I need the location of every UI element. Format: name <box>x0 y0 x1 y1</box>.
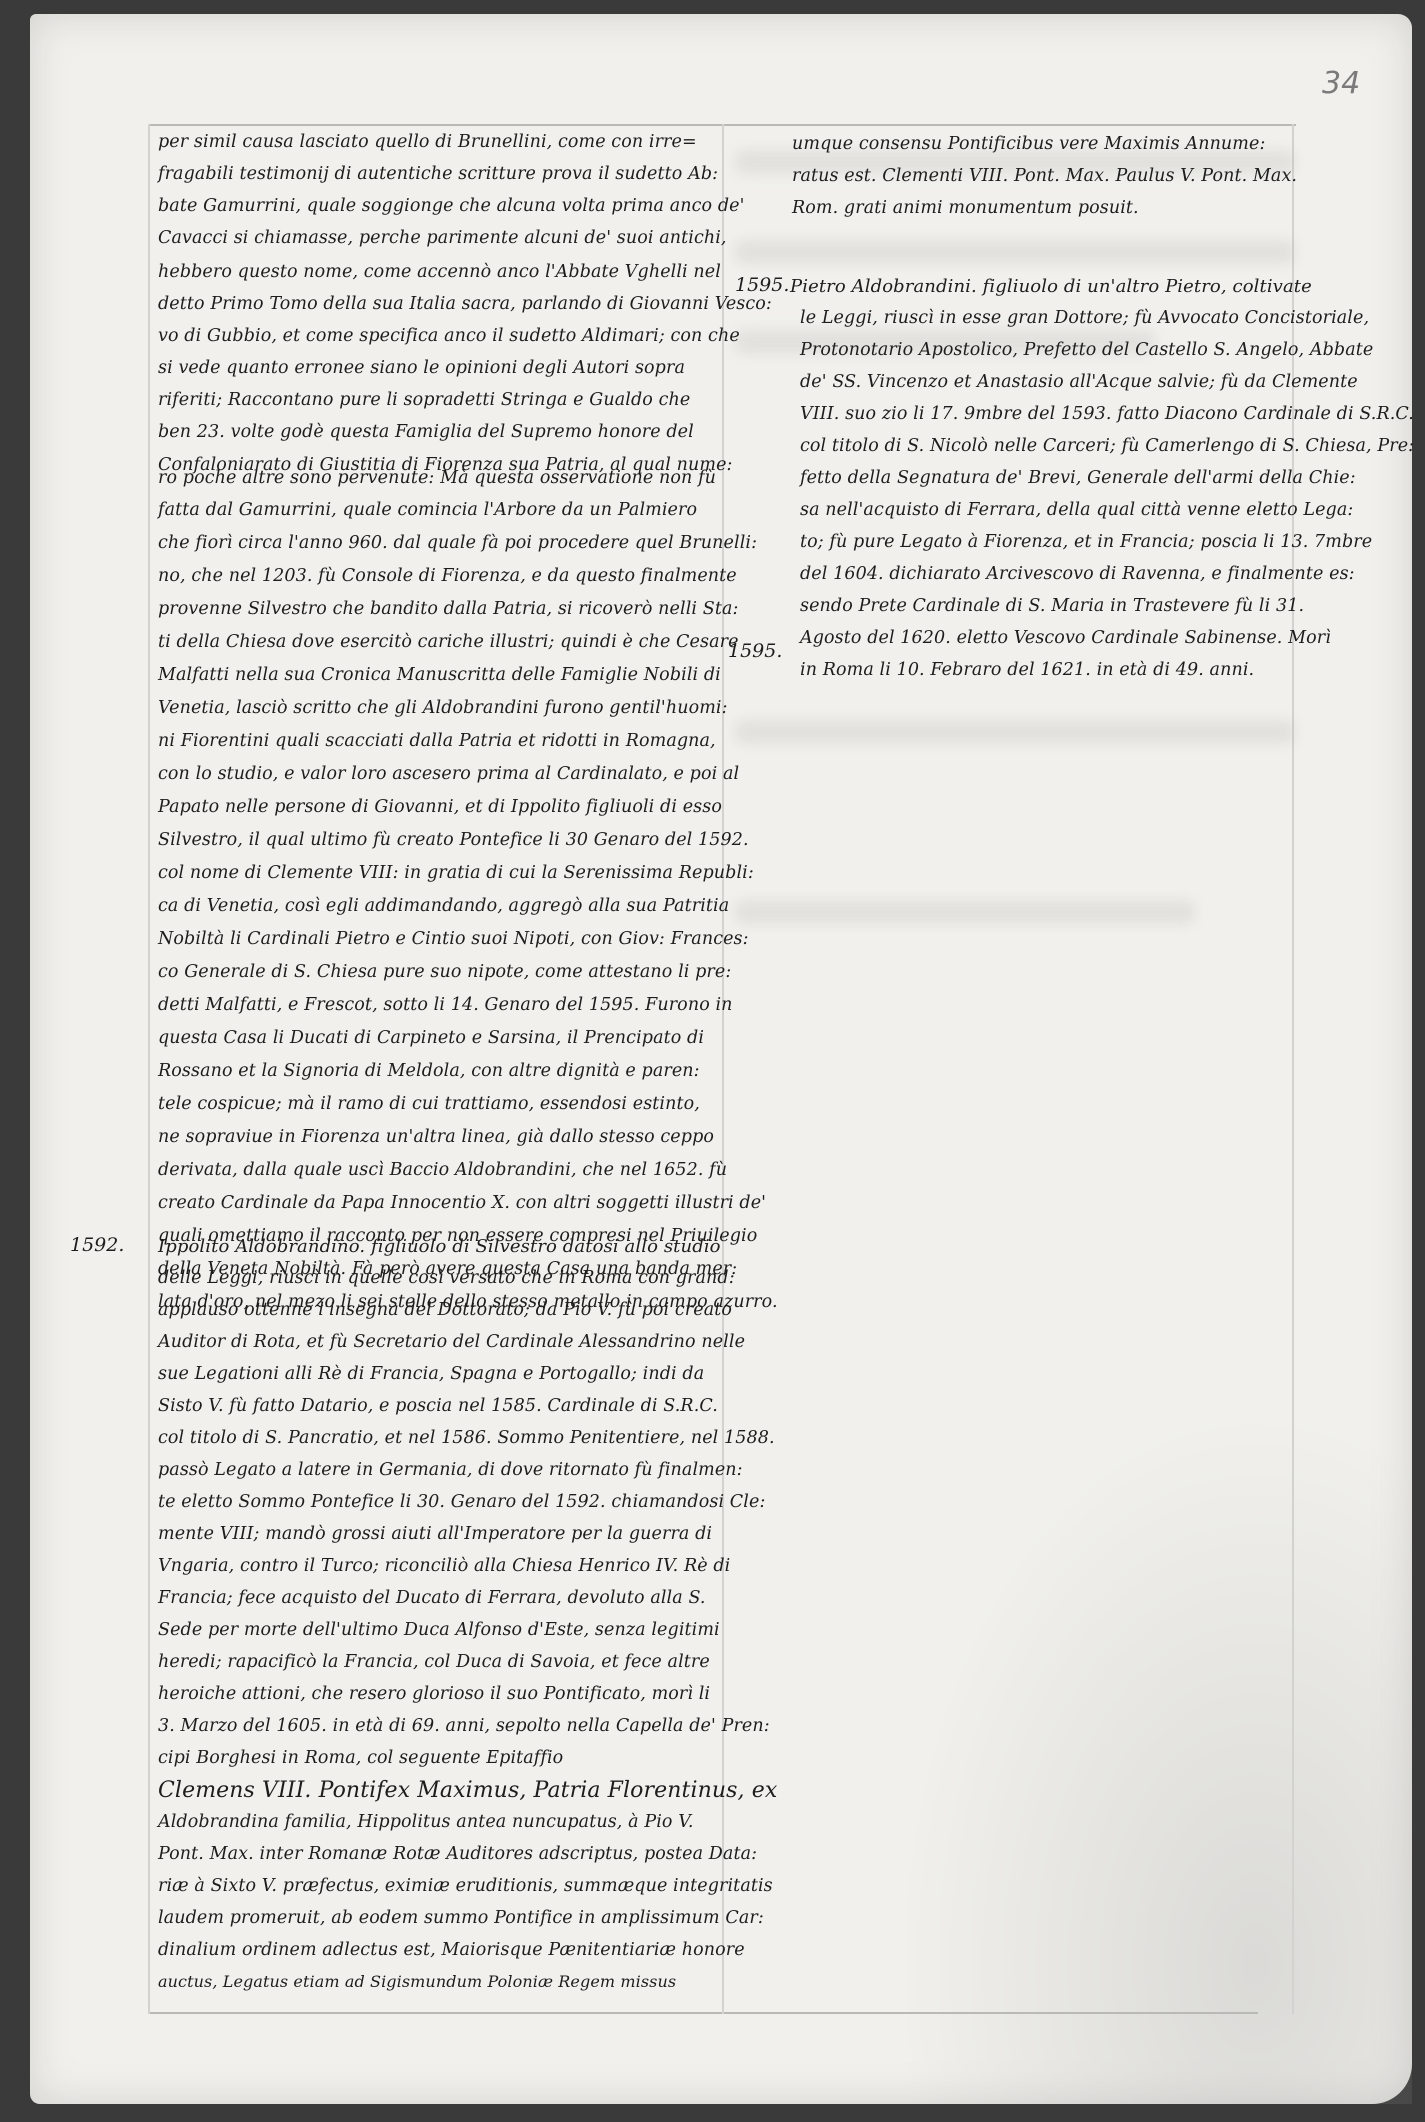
entry-heading: Pietro Aldobrandini. figliuolo di un'alt… <box>790 276 1312 297</box>
text-line: derivata, dalla quale uscì Baccio Aldobr… <box>158 1160 727 1180</box>
text-line: ro poche altre sono pervenute: Mà questa… <box>158 468 716 488</box>
text-line: heredi; rapacificò la Francia, col Duca … <box>158 1652 710 1672</box>
text-line: Silvestro, il qual ultimo fù creato Pont… <box>158 830 749 850</box>
text-line: Nobiltà li Cardinali Pietro e Cintio suo… <box>158 929 749 949</box>
text-line: vo di Gubbio, et come specifica anco il … <box>158 326 740 346</box>
text-line: heroiche attioni, che resero glorioso il… <box>158 1684 710 1704</box>
entry-year: 1592. <box>70 1234 124 1256</box>
text-line: delle Leggi, riuscì in quelle così versa… <box>158 1268 735 1288</box>
text-line: in Roma li 10. Febraro del 1621. in età … <box>800 660 1254 680</box>
text-line: Sisto V. fù fatto Datario, e poscia nel … <box>158 1396 718 1416</box>
text-line: tele cospicue; mà il ramo di cui trattia… <box>158 1094 700 1114</box>
text-line: provenne Silvestro che bandito dalla Pat… <box>158 599 739 619</box>
text-line: Agosto del 1620. eletto Vescovo Cardinal… <box>800 628 1331 648</box>
text-line: de' SS. Vincenzo et Anastasio all'Acque … <box>800 372 1358 392</box>
text-line: fetto della Segnatura de' Brevi, General… <box>800 468 1356 488</box>
text-line: umque consensu Pontificibus vere Maximis… <box>792 134 1265 154</box>
text-line: co Generale di S. Chiesa pure suo nipote… <box>158 962 731 982</box>
ink-bleed <box>735 900 1195 924</box>
text-line: laudem promeruit, ab eodem summo Pontifi… <box>158 1908 764 1928</box>
text-line: sue Legationi alli Rè di Francia, Spagna… <box>158 1364 704 1384</box>
text-line: fatta dal Gamurrini, quale comincia l'Ar… <box>158 500 697 520</box>
text-line: te eletto Sommo Pontefice li 30. Genaro … <box>158 1492 765 1512</box>
text-line: riferiti; Raccontano pure li sopradetti … <box>158 390 690 410</box>
paper-stain <box>892 1404 1412 2104</box>
text-line: auctus, Legatus etiam ad Sigismundum Pol… <box>158 1972 676 1991</box>
text-line: col titolo di S. Pancratio, et nel 1586.… <box>158 1428 775 1448</box>
text-line: ti della Chiesa dove esercitò cariche il… <box>158 632 739 652</box>
text-line: mente VIII; mandò grossi aiuti all'Imper… <box>158 1524 712 1544</box>
text-line: fragabili testimonij di autentiche scrit… <box>158 164 718 184</box>
left-margin-line <box>148 124 150 2014</box>
text-line: dinalium ordinem adlectus est, Maiorisqu… <box>158 1940 745 1960</box>
ink-bleed <box>735 720 1295 744</box>
text-line: detti Malfatti, e Frescot, sotto li 14. … <box>158 995 733 1015</box>
text-line: no, che nel 1203. fù Console di Fiorenza… <box>158 566 737 586</box>
text-line: riæ à Sixto V. præfectus, eximiæ eruditi… <box>158 1876 773 1896</box>
text-line: Cavacci si chiamasse, perche parimente a… <box>158 228 727 248</box>
entry-heading: Ippolito Aldobrandino. figliuolo di Silv… <box>158 1236 721 1257</box>
text-line: Pont. Max. inter Romanæ Rotæ Auditores a… <box>158 1844 757 1864</box>
text-line: che fiorì circa l'anno 960. dal quale fà… <box>158 533 757 553</box>
folio-number: 34 <box>1322 66 1360 101</box>
text-line: col titolo di S. Nicolò nelle Carceri; f… <box>800 436 1414 456</box>
ink-bleed <box>735 240 1295 264</box>
text-line: si vede quanto erronee siano le opinioni… <box>158 358 685 378</box>
text-line: questa Casa li Ducati di Carpineto e Sar… <box>158 1028 704 1048</box>
text-line: 3. Marzo del 1605. in età di 69. anni, s… <box>158 1716 770 1736</box>
text-line: Aldobrandina familia, Hippolitus antea n… <box>158 1812 694 1832</box>
text-line: ben 23. volte godè questa Famiglia del S… <box>158 422 694 442</box>
text-line: sendo Prete Cardinale di S. Maria in Tra… <box>800 596 1304 616</box>
text-line: ni Fiorentini quali scacciati dalla Patr… <box>158 731 716 751</box>
text-line: VIII. suo zio li 17. 9mbre del 1593. fat… <box>800 404 1414 424</box>
text-line: hebbero questo nome, come accennò anco l… <box>158 262 721 282</box>
text-line: detto Primo Tomo della sua Italia sacra,… <box>158 294 772 314</box>
text-line: sa nell'acquisto di Ferrara, della qual … <box>800 500 1353 520</box>
text-line: Malfatti nella sua Cronica Manuscritta d… <box>158 665 721 685</box>
text-line: Rossano et la Signoria di Meldola, con a… <box>158 1061 700 1081</box>
text-line: applauso ottenne l'insegna del Dottorato… <box>158 1300 732 1320</box>
text-line: con lo studio, e valor loro ascesero pri… <box>158 764 739 784</box>
text-line: Auditor di Rota, et fù Secretario del Ca… <box>158 1332 745 1352</box>
text-line: Protonotario Apostolico, Prefetto del Ca… <box>800 340 1373 360</box>
epitaph-heading: Clemens VIII. Pontifex Maximus, Patria F… <box>158 1778 777 1803</box>
text-line: to; fù pure Legato à Fiorenza, et in Fra… <box>800 532 1372 552</box>
text-line: col nome di Clemente VIII: in gratia di … <box>158 863 754 883</box>
text-line: ca di Venetia, così egli addimandando, a… <box>158 896 729 916</box>
entry-year: 1595. <box>735 274 789 296</box>
text-line: Francia; fece acquisto del Ducato di Fer… <box>158 1588 706 1608</box>
entry-year: 1595. <box>728 640 782 662</box>
text-line: Sede per morte dell'ultimo Duca Alfonso … <box>158 1620 720 1640</box>
text-line: Rom. grati animi monumentum posuit. <box>792 198 1139 218</box>
text-line: Papato nelle persone di Giovanni, et di … <box>158 797 722 817</box>
text-line: per simil causa lasciato quello di Brune… <box>158 132 697 152</box>
text-line: ratus est. Clementi VIII. Pont. Max. Pau… <box>792 166 1297 186</box>
text-line: ne sopraviue in Fiorenza un'altra linea,… <box>158 1127 714 1147</box>
text-line: le Leggi, riuscì in esse gran Dottore; f… <box>800 308 1369 328</box>
text-line: del 1604. dichiarato Arcivescovo di Rave… <box>800 564 1355 584</box>
text-line: bate Gamurrini, quale soggionge che alcu… <box>158 196 745 216</box>
text-line: Venetia, lasciò scritto che gli Aldobran… <box>158 698 728 718</box>
text-line: Vngaria, contro il Turco; riconciliò all… <box>158 1556 730 1576</box>
bottom-ruled-line <box>148 2012 1258 2014</box>
text-line: creato Cardinale da Papa Innocentio X. c… <box>158 1193 766 1213</box>
text-line: cipi Borghesi in Roma, col seguente Epit… <box>158 1748 563 1768</box>
text-line: passò Legato a latere in Germania, di do… <box>158 1460 743 1480</box>
